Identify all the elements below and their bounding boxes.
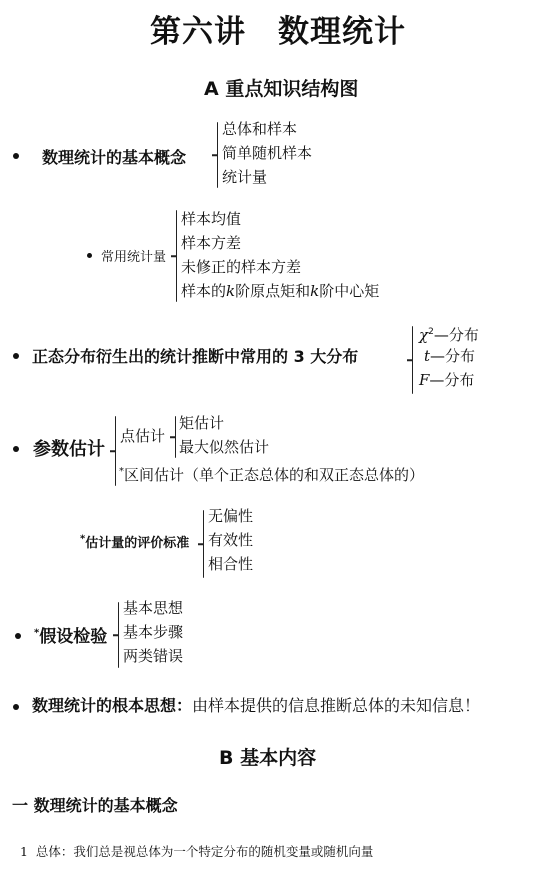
brace-icon [203,510,204,578]
k-symbol: k [226,282,235,300]
text: 假设检验 [39,627,107,647]
section-b-heading: B 基本内容 [219,743,316,770]
brace-icon [175,416,176,458]
definition-population: 1 总体：我们总是视总体为一个特定分布的随机变量或随机向量 [20,842,373,860]
chi-symbol: χ [419,326,428,344]
criteria-item: 有效性 [208,529,253,552]
three-distributions-label: 正态分布衍生出的统计推断中常用的 3 大分布 [32,344,358,367]
text: 区间估计（单个正态总体的和双正态总体的） [124,466,424,484]
core-idea-label: 数理统计的根本思想： [32,696,192,715]
chapter-one-heading: 一 数理统计的基本概念 [12,793,178,816]
hypothesis-item: 基本步骤 [123,621,183,644]
definition-number: 1 [20,844,28,859]
interval-estimation-item: *区间估计（单个正态总体的和双正态总体的） [119,460,424,487]
bullet-icon [13,153,19,159]
parameter-estimation-label: 参数估计 [33,435,105,461]
brace-icon [412,326,413,394]
common-statistics-item: 样本的k阶原点矩和k阶中心矩 [181,280,379,303]
brace-icon [176,210,177,302]
basic-concepts-label: 数理统计的基本概念 [42,145,186,168]
brace-icon [217,122,218,188]
distribution-item-f: F—分布 [419,369,474,392]
basic-concepts-item: 统计量 [222,166,267,189]
f-symbol: F [419,371,429,389]
bullet-icon [13,446,19,452]
distribution-item-t: t—分布 [424,345,475,368]
section-a-heading: A 重点知识结构图 [204,74,358,101]
brace-icon [115,416,116,486]
document-title: 第六讲 数理统计 [150,6,406,51]
k-symbol: k [310,282,319,300]
criteria-item: 相合性 [208,553,253,576]
brace-icon [118,602,119,668]
point-estimation-item: 最大似然估计 [179,436,269,459]
basic-concepts-item: 简单随机样本 [222,142,312,165]
point-estimation-item: 矩估计 [179,412,224,435]
text: 估计量的评价标准 [85,536,189,551]
text: —分布 [430,347,475,365]
distribution-item-chi2: χ2—分布 [419,321,479,347]
bullet-icon [13,353,19,359]
definition-text: 总体：我们总是视总体为一个特定分布的随机变量或随机向量 [36,844,374,859]
text: 阶原点矩和 [235,282,310,300]
estimator-criteria-label: *估计量的评价标准 [80,532,189,551]
common-statistics-item: 未修正的样本方差 [181,256,301,279]
core-idea-body: 由样本提供的信息推断总体的未知信息！ [192,696,480,715]
common-statistics-item: 样本均值 [181,208,241,231]
core-idea-text: 数理统计的根本思想：由样本提供的信息推断总体的未知信息！ [32,693,480,716]
common-statistics-item: 样本方差 [181,232,241,255]
hypothesis-item: 两类错误 [123,645,183,668]
hypothesis-item: 基本思想 [123,597,183,620]
bullet-icon [15,633,21,639]
bullet-icon [87,253,92,258]
text: —分布 [429,371,474,389]
text: 样本的 [181,282,226,300]
hypothesis-testing-label: *假设检验 [34,622,107,647]
text: 阶中心矩 [319,282,379,300]
common-statistics-label: 常用统计量 [101,246,166,265]
point-estimation-label: 点估计 [120,425,165,448]
bullet-icon [13,704,19,710]
criteria-item: 无偏性 [208,505,253,528]
basic-concepts-item: 总体和样本 [222,118,297,141]
text: —分布 [434,326,479,344]
